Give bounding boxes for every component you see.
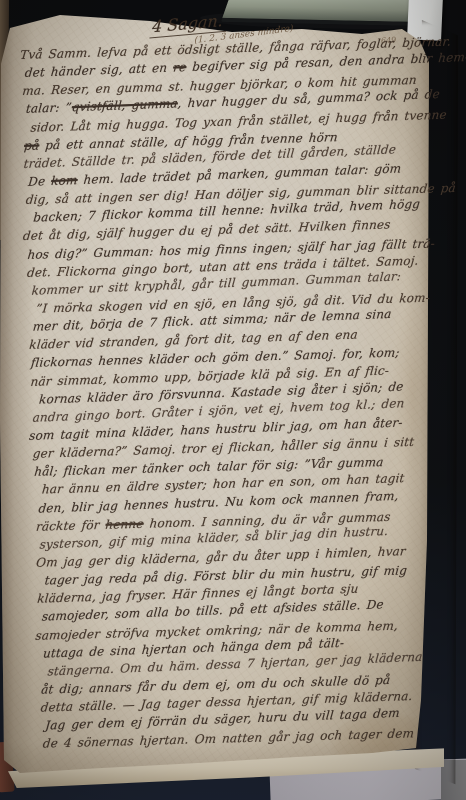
struck-word: henne: [105, 516, 144, 531]
struck-word: på: [23, 138, 39, 152]
struck-word: kom: [51, 173, 79, 188]
struck-word: re: [173, 60, 187, 75]
photo-of-manuscript-book: 4 Sagan. (1. 2. 3 anses mindre) 649 Två …: [0, 0, 466, 800]
struck-word: qvistfäll, gumma: [71, 97, 178, 115]
handwriting-layer: 4 Sagan. (1. 2. 3 anses mindre) 649 Två …: [0, 0, 466, 800]
manuscript-lines: Två Samm. lefva på ett ödsligt ställe, f…: [20, 33, 444, 753]
